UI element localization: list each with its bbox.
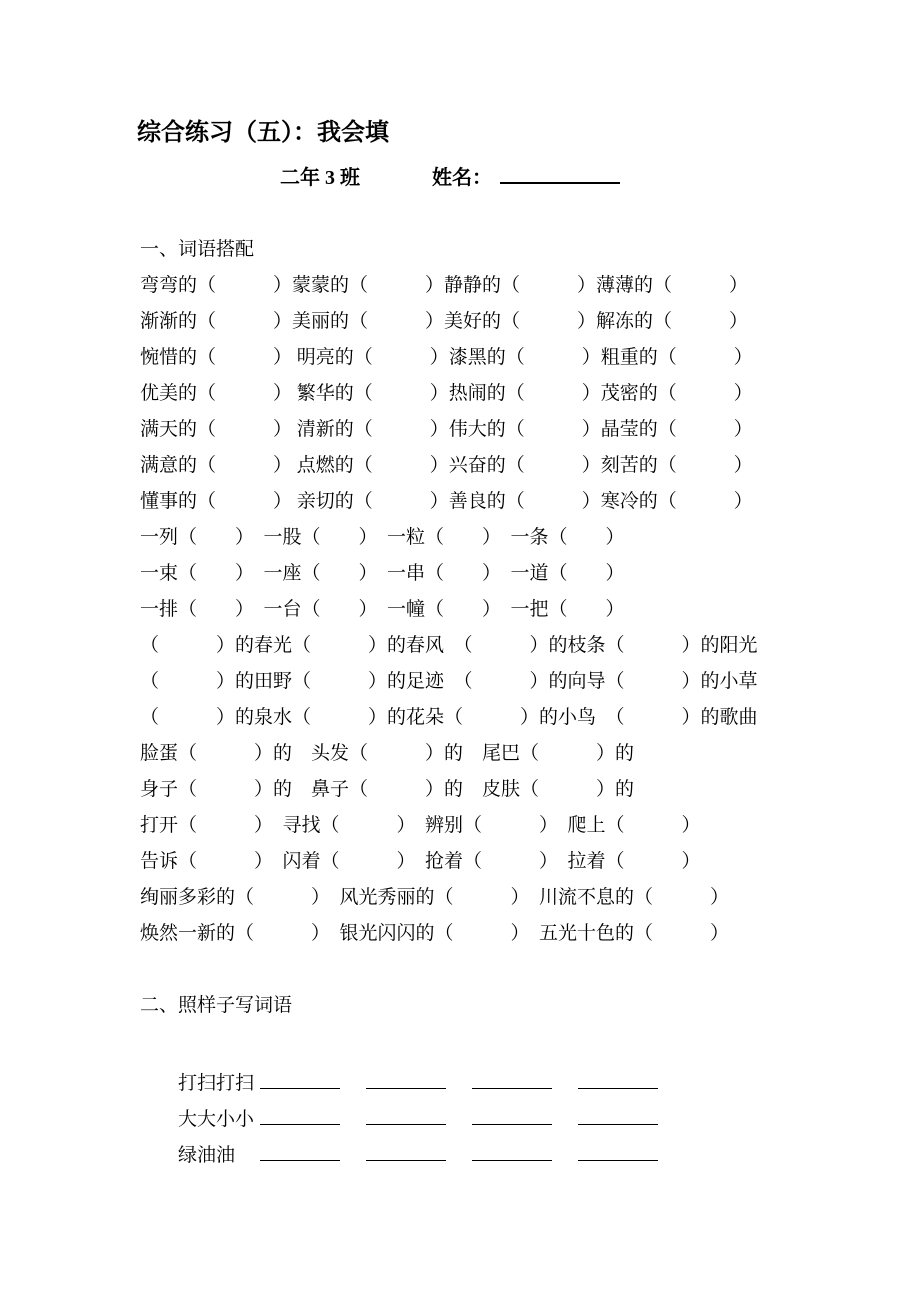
exercise-line: 满天的（ ） 清新的（ ）伟大的（ ）晶莹的（ ）: [140, 412, 920, 448]
exercise-line: 渐渐的（ ）美丽的（ ）美好的（ ）解冻的（ ）: [140, 304, 920, 340]
exercise-line: （ ）的田野（ ）的足迹 （ ）的向导（ ）的小草: [140, 664, 920, 700]
section1-heading: 一、词语搭配: [140, 232, 920, 268]
name-label: 姓名：: [432, 167, 492, 189]
exercise-line: 满意的（ ） 点燃的（ ）兴奋的（ ）刻苦的（ ）: [140, 448, 920, 484]
worksheet-body: 一、词语搭配 弯弯的（ ）蒙蒙的（ ）静静的（ ）薄薄的（ ） 渐渐的（ ）美丽…: [140, 232, 920, 1138]
answer-blank-line: [472, 1141, 552, 1161]
name-blank-line: [500, 166, 620, 184]
exercise-line: 懂事的（ ） 亲切的（ ）善良的（ ）寒冷的（ ）: [140, 484, 920, 520]
exercise-line: 优美的（ ） 繁华的（ ）热闹的（ ）茂密的（ ）: [140, 376, 920, 412]
pattern-label: 绿油油: [178, 1138, 254, 1174]
class-label: 二年 3 班: [280, 167, 360, 189]
exercise-line: 惋惜的（ ） 明亮的（ ）漆黑的（ ）粗重的（ ）: [140, 340, 920, 376]
answer-blank-line: [472, 1105, 552, 1125]
answer-blank-line: [260, 1105, 340, 1125]
exercise-line: （ ）的泉水（ ）的花朵（ ）的小鸟 （ ）的歌曲: [140, 700, 920, 736]
section2-heading: 二、照样子写词语: [140, 988, 920, 1024]
exercise-line: 一排（ ） 一台（ ） 一幢（ ） 一把（ ）: [140, 592, 920, 628]
worksheet-page: 综合练习（五）：我会填 二年 3 班姓名： 一、词语搭配 弯弯的（ ）蒙蒙的（ …: [0, 0, 920, 1302]
exercise-line: 打开（ ） 寻找（ ） 辨别（ ） 爬上（ ）: [140, 808, 920, 844]
answer-blank-line: [366, 1141, 446, 1161]
exercise-line: 绚丽多彩的（ ） 风光秀丽的（ ） 川流不息的（ ）: [140, 880, 920, 916]
answer-blank-line: [578, 1069, 658, 1089]
exercise-line: 弯弯的（ ）蒙蒙的（ ）静静的（ ）薄薄的（ ）: [140, 268, 920, 304]
exercise-line: （ ）的春光（ ）的春风 （ ）的枝条（ ）的阳光: [140, 628, 920, 664]
exercise-line: 告诉（ ） 闪着（ ） 抢着（ ） 拉着（ ）: [140, 844, 920, 880]
pattern-rows: 打扫打扫 大大小小 绿油油: [140, 1030, 920, 1138]
class-name-row: 二年 3 班姓名：: [280, 166, 920, 190]
answer-blank-line: [366, 1069, 446, 1089]
exercise-line: 身子（ ）的 鼻子（ ）的 皮肤（ ）的: [140, 772, 920, 808]
exercise-line: 一列（ ） 一股（ ） 一粒（ ） 一条（ ）: [140, 520, 920, 556]
pattern-row: 打扫打扫: [140, 1030, 920, 1066]
answer-blank-line: [366, 1105, 446, 1125]
answer-blank-line: [260, 1141, 340, 1161]
pattern-label: 大大小小: [178, 1102, 254, 1138]
answer-blank-line: [578, 1105, 658, 1125]
exercise-line: 焕然一新的（ ） 银光闪闪的（ ） 五光十色的（ ）: [140, 916, 920, 952]
answer-blank-line: [472, 1069, 552, 1089]
exercise-line: 一束（ ） 一座（ ） 一串（ ） 一道（ ）: [140, 556, 920, 592]
spacer-line: [140, 952, 920, 988]
pattern-label: 打扫打扫: [178, 1066, 254, 1102]
page-title: 综合练习（五）：我会填: [0, 0, 920, 148]
exercise-line: 脸蛋（ ）的 头发（ ）的 尾巴（ ）的: [140, 736, 920, 772]
answer-blank-line: [260, 1069, 340, 1089]
answer-blank-line: [578, 1141, 658, 1161]
